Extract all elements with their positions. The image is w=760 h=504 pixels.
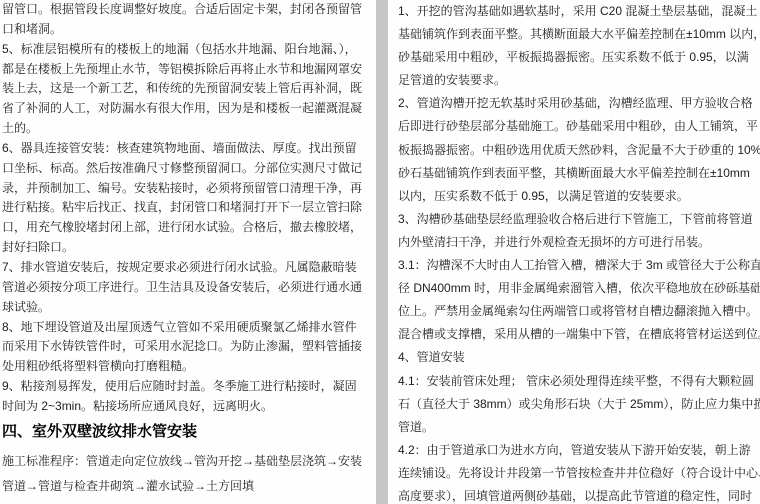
- text-line: 3、沟槽砂基础垫层经监理验收合格后进行下管施工，下管前将管道: [398, 208, 760, 231]
- section-heading: 四、室外双壁波纹排水管安装: [2, 420, 197, 444]
- text-line: 位上。严禁用金属绳索勾住两端管口或将管材自槽边翻滚抛入槽中。: [398, 300, 760, 323]
- text-line: 省了补洞的人工，对防漏水有很大作用，因为是和楼板一起灌溉混凝: [2, 99, 376, 119]
- text-line: 都是在楼板上先预埋止水节，等铝模拆除后再将止水节和地漏网罩安: [2, 60, 376, 80]
- text-line: 石（直径大于 38mm）或尖角形石块（大于 25mm），防止应力集中损伤: [398, 393, 760, 416]
- text-line: 混合槽或支撑槽，采用从槽的一端集中下管，在槽底将管材运送到位。: [398, 323, 760, 346]
- text-line: 后即进行砂垫层部分基础施工。砂基础采用中粗砂，由人工铺筑，平: [398, 115, 760, 138]
- left-column-body-text: 留管口。根据管段长度调整好坡度。合适后固定卡架，封闭各预留管口和堵洞。5、标准层…: [2, 0, 376, 417]
- text-line: 以内，压实系数不低于 0.95，以满足管道的安装要求。: [398, 185, 760, 208]
- text-line: 管道必须按分项工序进行。卫生洁具及设备安装后，必须进行通水通: [2, 278, 376, 298]
- text-line: 处用粗砂纸将塑料管横向打磨粗糙。: [2, 357, 376, 377]
- text-line: 基础铺筑作到表面平整。其横断面最大水平偏差控制在±10mm 以内，: [398, 23, 760, 46]
- text-line: 口和堵洞。: [2, 20, 376, 40]
- text-line: 6、器具连接管安装：核查建筑物地面、墙面做法、厚度。找出预留: [2, 139, 376, 159]
- text-line: 内外壁清扫干净，并进行外观检查无损坏的方可进行吊装。: [398, 231, 760, 254]
- text-line: 而采用下水铸铁管件时，可采用水泥捻口。为防止渗漏，塑料管插接: [2, 337, 376, 357]
- text-line: 留管口。根据管段长度调整好坡度。合适后固定卡架，封闭各预留管: [2, 0, 376, 20]
- text-line: 2、管道沟槽开挖无软基时采用砂基础，沟槽经监理、甲方验收合格: [398, 92, 760, 115]
- document-viewport: 留管口。根据管段长度调整好坡度。合适后固定卡架，封闭各预留管口和堵洞。5、标准层…: [0, 0, 760, 504]
- document-page-left: 留管口。根据管段长度调整好坡度。合适后固定卡架，封闭各预留管口和堵洞。5、标准层…: [0, 0, 376, 504]
- text-line: 管道→管道与检查井砌筑→灌水试验→土方回填: [2, 474, 376, 499]
- text-line: 高度要求），回填管道两侧砂基础，以提高此节管道的稳定性，同时: [398, 485, 760, 504]
- text-line: 径 DN400mm 时，用非金属绳索溜管入槽，依次平稳地放在砂砾基础管: [398, 277, 760, 300]
- text-line: 装上去，这是一个新工艺，和传统的先预留洞安装上管后再补洞，既: [2, 79, 376, 99]
- text-line: 连续铺设。先将设计井段第一节管按检查井井位稳好（符合设计中心、: [398, 462, 760, 485]
- text-line: 砂石基础铺筑作到表面平整，其横断面最大水平偏差控制在±10mm: [398, 162, 760, 185]
- text-line: 口坐标、标高。然后按准确尺寸修整预留洞口。分部位实测尺寸做记: [2, 159, 376, 179]
- text-line: 5、标准层铝模所有的楼板上的地漏（包括水井地漏、阳台地漏、），: [2, 40, 376, 60]
- text-line: 管道。: [398, 416, 760, 439]
- text-line: 4、管道安装: [398, 346, 760, 369]
- text-line: 7、排水管道安装后，按规定要求必须进行闭水试验。凡属隐蔽暗装: [2, 258, 376, 278]
- page-divider: [376, 0, 388, 504]
- text-line: 进行粘接。粘牢后找正、找直，封闭管口和堵洞打开下一层立管扫除: [2, 198, 376, 218]
- text-line: 4.2：由于管道承口为进水方向，管道安装从下游开始安装，朝上游: [398, 439, 760, 462]
- left-column-procedure-text: 施工标准程序：管道走向定位放线→管沟开挖→基础垫层浇筑→安装管道→管道与检查井砌…: [2, 449, 376, 499]
- document-page-right: 1、开挖的管沟基础如遇软基时，采用 C20 混凝土垫层基础，混凝土基础铺筑作到表…: [388, 0, 760, 504]
- text-line: 砂基础采用中粗砂，平板振捣器振密。压实系数不低于 0.95，以满: [398, 46, 760, 69]
- text-line: 1、开挖的管沟基础如遇软基时，采用 C20 混凝土垫层基础，混凝土: [398, 0, 760, 23]
- text-line: 球试验。: [2, 298, 376, 318]
- text-line: 8、地下埋设管道及出屋顶透气立管如不采用硬质聚氯乙烯排水管件: [2, 318, 376, 338]
- text-line: 9、粘接剂易挥发，使用后应随时封盖。冬季施工进行粘接时，凝固: [2, 377, 376, 397]
- text-line: 施工标准程序：管道走向定位放线→管沟开挖→基础垫层浇筑→安装: [2, 449, 376, 474]
- text-line: 4.1：安装前管床处理； 管床必须处理得连续平整，不得有大颗粒圆: [398, 370, 760, 393]
- text-line: 板振捣器振密。中粗砂选用优质天然砂料，含泥量不大于砂重的 10%。: [398, 139, 760, 162]
- text-line: 录，并预制加工、编号。安装粘接时，必须将预留管口清理干净，再: [2, 179, 376, 199]
- right-column-body-text: 1、开挖的管沟基础如遇软基时，采用 C20 混凝土垫层基础，混凝土基础铺筑作到表…: [398, 0, 760, 504]
- text-line: 时间为 2~3min。粘接场所应通风良好，远离明火。: [2, 397, 376, 417]
- text-line: 口，用充气橡胶堵封闭上部，进行闭水试验。合格后，撤去橡胶堵，: [2, 218, 376, 238]
- text-line: 封好扫除口。: [2, 238, 376, 258]
- text-line: 3.1：沟槽深不大时由人工抬管入槽，槽深大于 3m 或管径大于公称直: [398, 254, 760, 277]
- text-line: 土的。: [2, 119, 376, 139]
- text-line: 足管道的安装要求。: [398, 69, 760, 92]
